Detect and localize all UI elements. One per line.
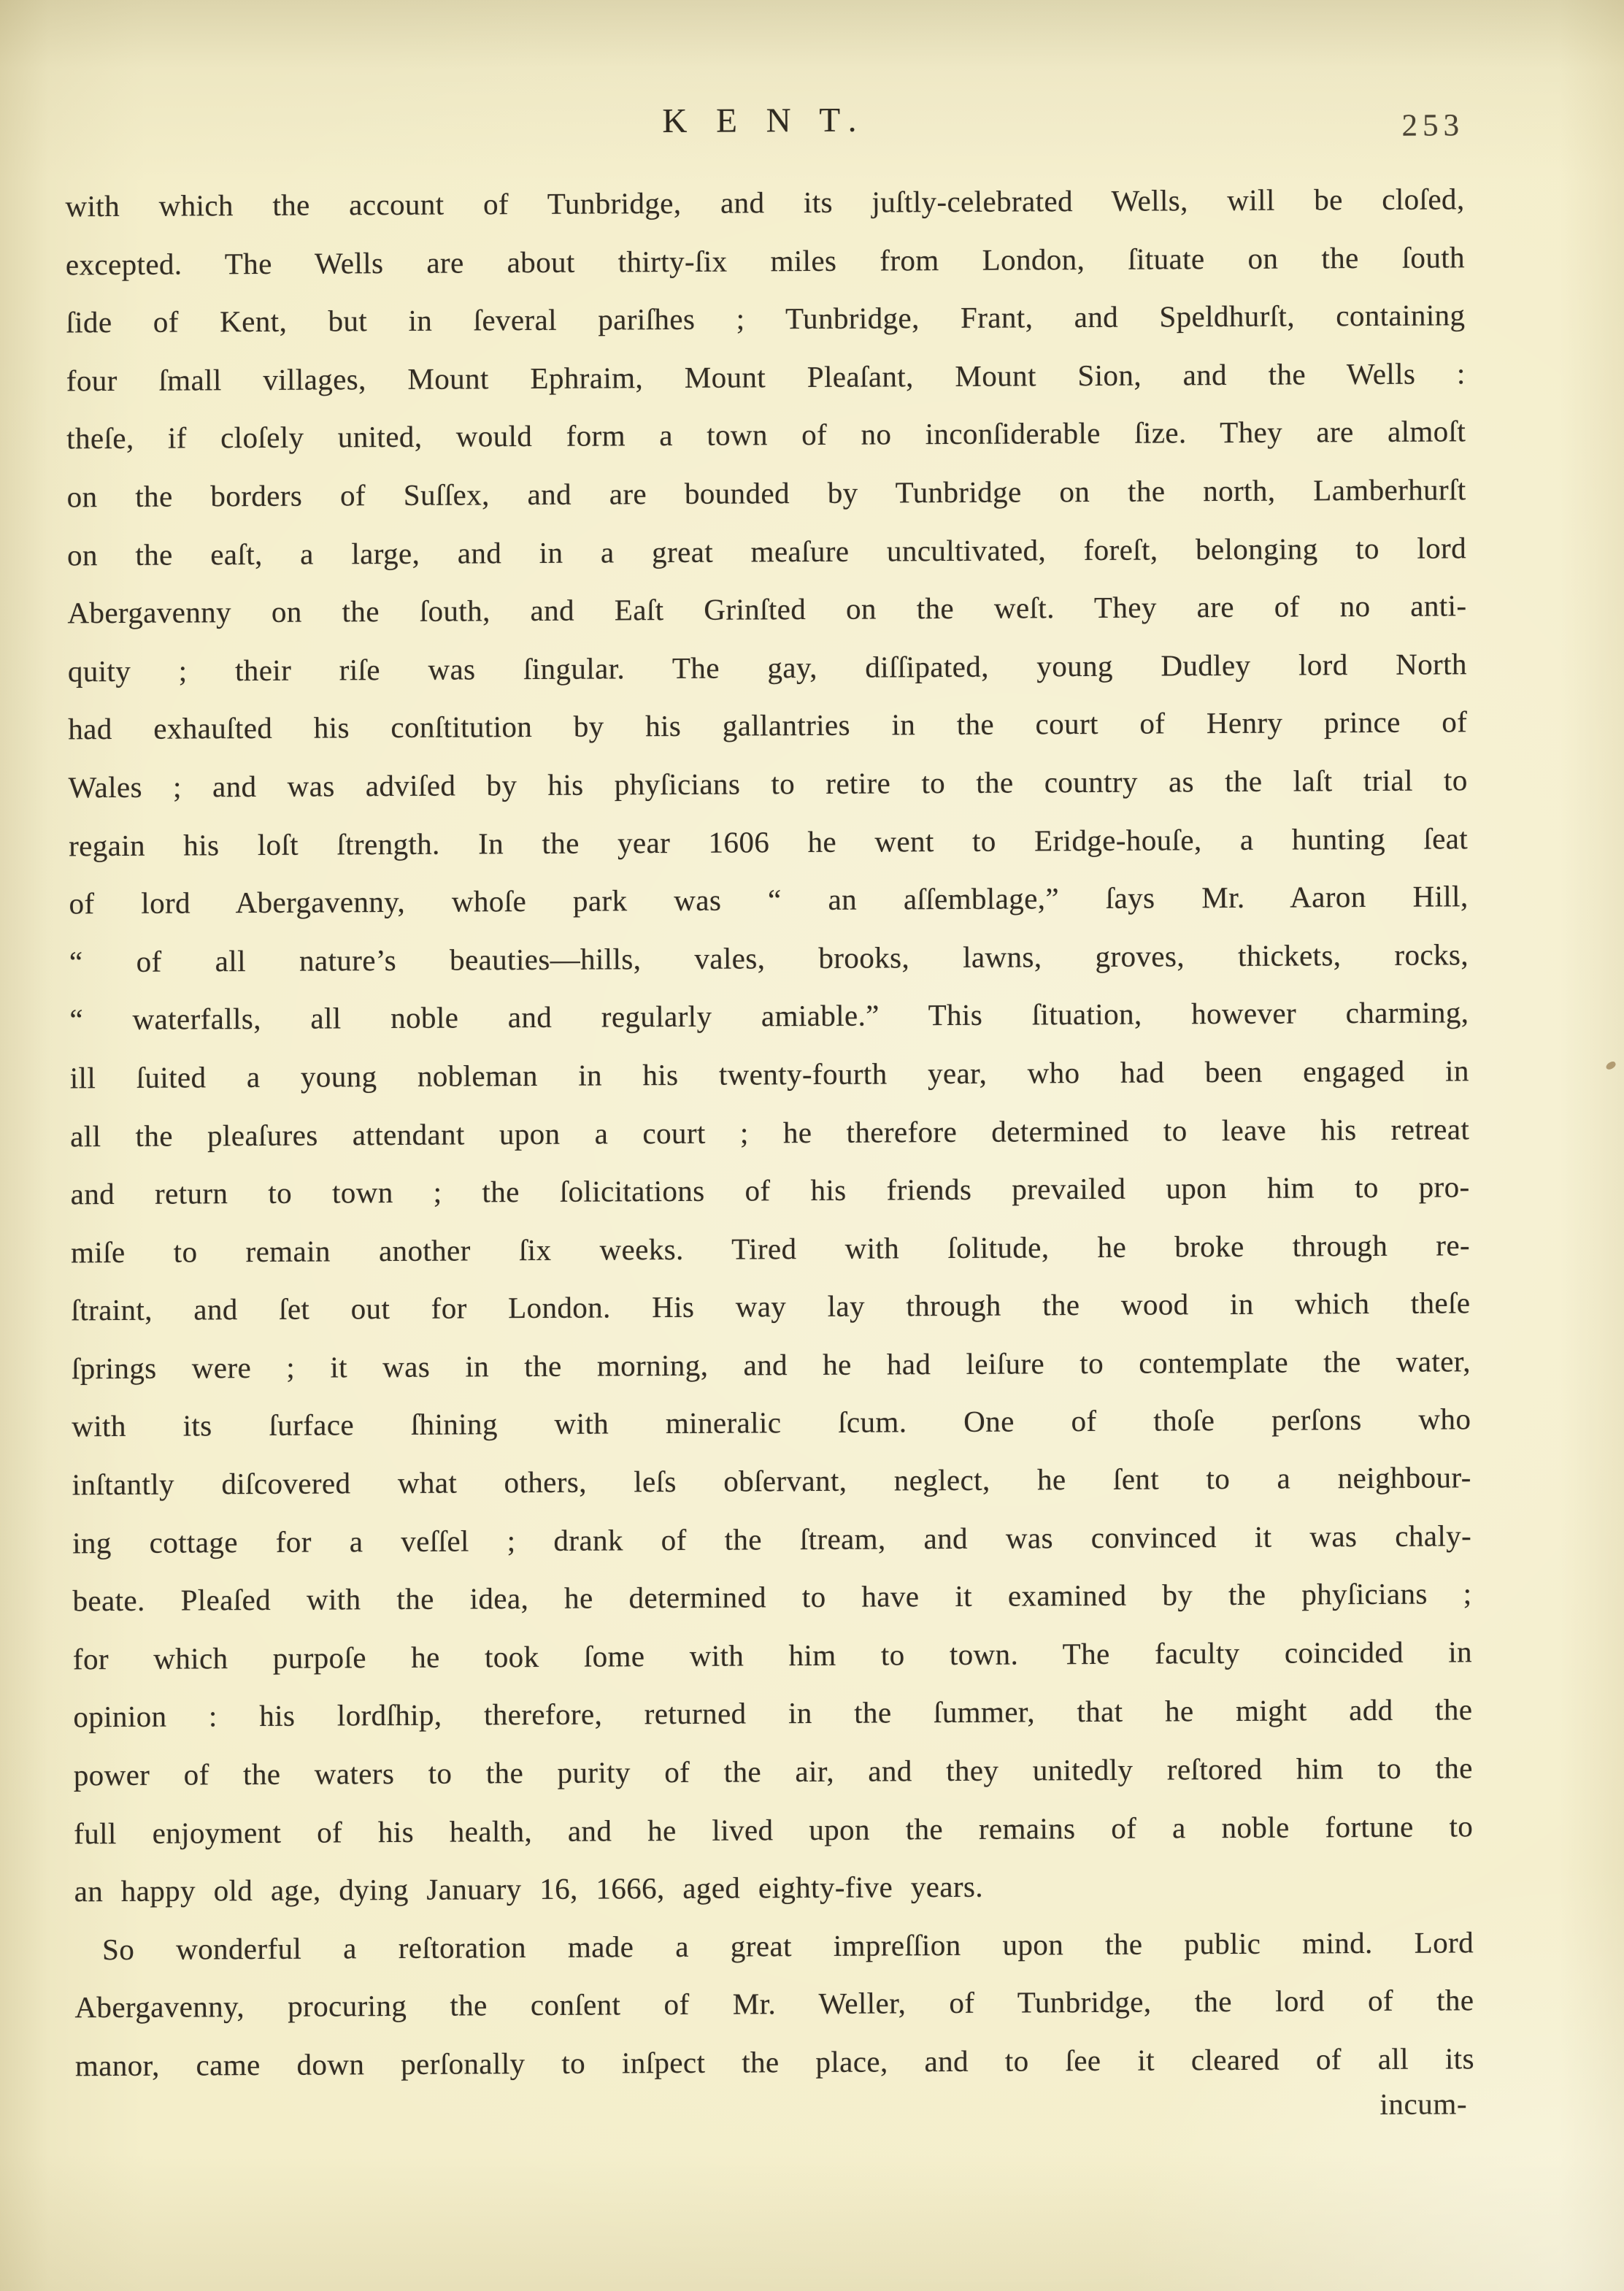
text-line: and return to town ; the ſolicitations o… — [70, 1158, 1469, 1224]
text-line: Abergavenny on the ſouth, and Eaſt Grinſ… — [67, 577, 1466, 642]
text-line: on the borders of Suſſex, and are bounde… — [66, 461, 1466, 526]
book-page: K E N T. 253 with which the account of T… — [0, 0, 1624, 2291]
page-number: 253 — [1401, 107, 1464, 143]
text-line: Wales ; and was adviſed by his phyſician… — [69, 751, 1468, 817]
text-line: full enjoyment of his health, and he liv… — [74, 1797, 1473, 1863]
text-line: “ waterfalls, all noble and regularly am… — [69, 984, 1469, 1050]
text-line: ing cottage for a veſſel ; drank of the … — [72, 1507, 1471, 1573]
text-line: miſe to remain another ſix weeks. Tired … — [71, 1216, 1470, 1282]
text-line: ill ſuited a young nobleman in his twent… — [70, 1042, 1469, 1108]
page-content: K E N T. 253 with which the account of T… — [0, 0, 1624, 2291]
text-line: of lord Abergavenny, whoſe park was “ an… — [69, 867, 1468, 933]
text-line: all the pleaſures attendant upon a court… — [70, 1100, 1469, 1166]
text-line: for which purpoſe he took ſome with him … — [73, 1623, 1472, 1689]
text-line: quity ; their riſe was ſingular. The gay… — [68, 635, 1467, 701]
text-line: inſtantly diſcovered what others, leſs o… — [72, 1448, 1471, 1514]
text-line: with which the account of Tunbridge, and… — [65, 170, 1464, 236]
text-line: ſide of Kent, but in ſeveral pariſhes ; … — [66, 286, 1465, 352]
text-line: power of the waters to the purity of the… — [74, 1739, 1473, 1805]
text-line: four ſmall villages, Mount Ephraim, Moun… — [66, 345, 1466, 410]
text-line: had exhauſted his conſtitution by his ga… — [68, 694, 1467, 759]
text-line: ſtraint, and ſet out for London. His way… — [71, 1275, 1470, 1340]
text-line: ſprings were ; it was in the morning, an… — [72, 1332, 1471, 1398]
text-line: So wonderful a reſtoration made a great … — [74, 1914, 1474, 1979]
catchword: incum- — [75, 2086, 1467, 2128]
text-block: with which the account of Tunbridge, and… — [65, 170, 1474, 2095]
text-line: with its ſurface ſhining with mineralic … — [72, 1391, 1471, 1457]
text-line: beate. Pleaſed with the idea, he determi… — [72, 1565, 1471, 1631]
text-line: manor, came down perſonally to inſpect t… — [75, 2030, 1474, 2095]
text-line: excepted. The Wells are about thirty-ſix… — [66, 229, 1465, 294]
running-head-title: K E N T. — [65, 97, 1464, 144]
text-line: an happy old age, dying January 16, 1666… — [74, 1855, 1473, 1921]
page-header: K E N T. 253 — [65, 97, 1464, 164]
text-line: on the eaſt, a large, and in a great mea… — [67, 519, 1466, 585]
text-line: opinion : his lordſhip, therefore, retur… — [73, 1681, 1472, 1747]
text-line: regain his loſt ſtrength. In the year 16… — [69, 810, 1468, 875]
text-line: theſe, if cloſely united, would form a t… — [66, 403, 1466, 469]
text-line: “ of all nature’s beauties—hills, vales,… — [69, 926, 1469, 991]
text-line: Abergavenny, procuring the conſent of Mr… — [74, 1972, 1474, 2038]
